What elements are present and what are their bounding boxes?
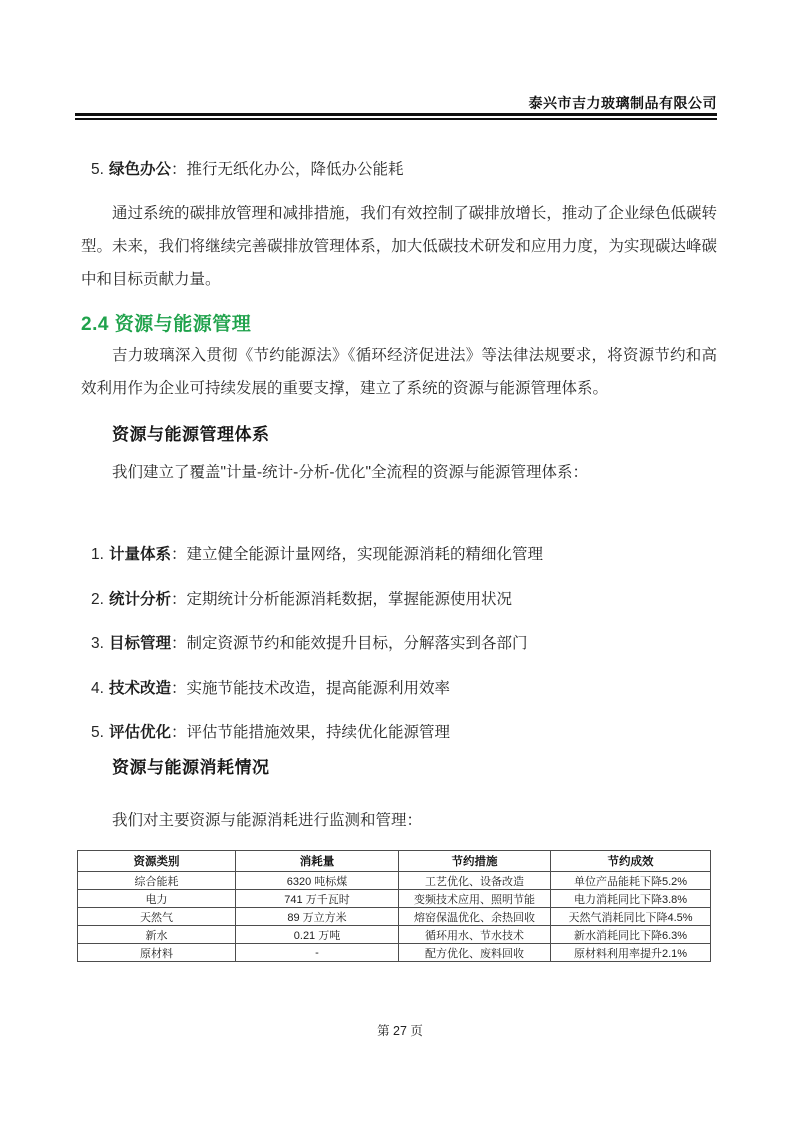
paragraph-monitor: 我们对主要资源与能源消耗进行监测和管理： — [81, 804, 717, 837]
document-page: 泰兴市吉力玻璃制品有限公司 5.绿色办公：推行无纸化办公，降低办公能耗 通过系统… — [0, 0, 800, 1131]
list-item-measurement: 1.计量体系：建立健全能源计量网络，实现能源消耗的精细化管理 — [91, 542, 543, 564]
item-desc: 实施节能技术改造，提高能源利用效率 — [186, 680, 450, 697]
item-desc: 建立健全能源计量网络，实现能源消耗的精细化管理 — [186, 546, 543, 563]
item-separator: ： — [171, 591, 187, 608]
table-cell: 工艺优化、设备改造 — [399, 872, 551, 890]
table-cell: 配方优化、废料回收 — [399, 944, 551, 962]
table-cell: 新水 — [78, 926, 236, 944]
section-heading-2-4: 2.4 资源与能源管理 — [81, 309, 251, 336]
table-cell: 熔窑保温优化、余热回收 — [399, 908, 551, 926]
table-row: 综合能耗 6320 吨标煤 工艺优化、设备改造 单位产品能耗下降5.2% — [78, 872, 711, 890]
list-item-target: 3.目标管理：制定资源节约和能效提升目标，分解落实到各部门 — [91, 631, 527, 653]
item-number: 1. — [91, 546, 104, 563]
table-row: 新水 0.21 万吨 循环用水、节水技术 新水消耗同比下降6.3% — [78, 926, 711, 944]
list-item-statistics: 2.统计分析：定期统计分析能源消耗数据，掌握能源使用状况 — [91, 587, 512, 609]
paragraph-system-overview: 我们建立了覆盖"计量-统计-分析-优化"全流程的资源与能源管理体系： — [81, 456, 717, 489]
list-item-evaluation: 5.评估优化：评估节能措施效果，持续优化能源管理 — [91, 720, 450, 742]
item-desc: 定期统计分析能源消耗数据，掌握能源使用状况 — [186, 591, 512, 608]
table-cell: 6320 吨标煤 — [236, 872, 399, 890]
item-term: 目标管理 — [109, 635, 171, 652]
item-separator: ： — [171, 680, 187, 697]
table-header-row: 资源类别 消耗量 节约措施 节约成效 — [78, 851, 711, 872]
item-separator: ： — [171, 724, 187, 741]
table-row: 天然气 89 万立方米 熔窑保温优化、余热回收 天然气消耗同比下降4.5% — [78, 908, 711, 926]
table-cell: 天然气 — [78, 908, 236, 926]
item-desc: 推行无纸化办公，降低办公能耗 — [186, 161, 403, 178]
table-cell: 741 万千瓦时 — [236, 890, 399, 908]
item-separator: ： — [171, 161, 187, 178]
table-cell: 电力消耗同比下降3.8% — [551, 890, 711, 908]
table-cell: 0.21 万吨 — [236, 926, 399, 944]
header-double-rule — [75, 113, 717, 120]
list-item-technical: 4.技术改造：实施节能技术改造，提高能源利用效率 — [91, 676, 450, 698]
item-term: 技术改造 — [109, 680, 171, 697]
item-number: 4. — [91, 680, 104, 697]
column-header-consumption: 消耗量 — [236, 851, 399, 872]
item-term: 绿色办公 — [109, 161, 171, 178]
item-desc: 评估节能措施效果，持续优化能源管理 — [186, 724, 450, 741]
sub-heading-management-system: 资源与能源管理体系 — [112, 420, 270, 445]
footer-page-number: 第 27 页 — [0, 1021, 800, 1039]
paragraph-carbon-summary: 通过系统的碳排放管理和减排措施，我们有效控制了碳排放增长，推动了企业绿色低碳转型… — [81, 197, 717, 296]
table-cell: 电力 — [78, 890, 236, 908]
table-row: 原材料 - 配方优化、废料回收 原材料利用率提升2.1% — [78, 944, 711, 962]
table-cell: 变频技术应用、照明节能 — [399, 890, 551, 908]
item-term: 统计分析 — [109, 591, 171, 608]
column-header-measures: 节约措施 — [399, 851, 551, 872]
column-header-resource: 资源类别 — [78, 851, 236, 872]
table-cell: 原材料利用率提升2.1% — [551, 944, 711, 962]
paragraph-section-intro: 吉力玻璃深入贯彻《节约能源法》《循环经济促进法》等法律法规要求，将资源节约和高效… — [81, 339, 717, 405]
table-cell: 单位产品能耗下降5.2% — [551, 872, 711, 890]
item-desc: 制定资源节约和能效提升目标，分解落实到各部门 — [186, 635, 527, 652]
header-company-name: 泰兴市吉力玻璃制品有限公司 — [529, 93, 718, 113]
table-cell: 原材料 — [78, 944, 236, 962]
item-term: 评估优化 — [109, 724, 171, 741]
item-separator: ： — [171, 635, 187, 652]
table-cell: 89 万立方米 — [236, 908, 399, 926]
sub-heading-consumption: 资源与能源消耗情况 — [112, 753, 270, 778]
column-header-results: 节约成效 — [551, 851, 711, 872]
table-cell: - — [236, 944, 399, 962]
list-item-green-office: 5.绿色办公：推行无纸化办公，降低办公能耗 — [91, 157, 403, 179]
item-number: 2. — [91, 591, 104, 608]
table-cell: 循环用水、节水技术 — [399, 926, 551, 944]
item-number: 3. — [91, 635, 104, 652]
resource-consumption-table: 资源类别 消耗量 节约措施 节约成效 综合能耗 6320 吨标煤 工艺优化、设备… — [77, 850, 711, 962]
item-number: 5. — [91, 724, 104, 741]
item-term: 计量体系 — [109, 546, 171, 563]
item-separator: ： — [171, 546, 187, 563]
item-number: 5. — [91, 161, 104, 178]
table-row: 电力 741 万千瓦时 变频技术应用、照明节能 电力消耗同比下降3.8% — [78, 890, 711, 908]
table-cell: 综合能耗 — [78, 872, 236, 890]
table-cell: 新水消耗同比下降6.3% — [551, 926, 711, 944]
table-cell: 天然气消耗同比下降4.5% — [551, 908, 711, 926]
